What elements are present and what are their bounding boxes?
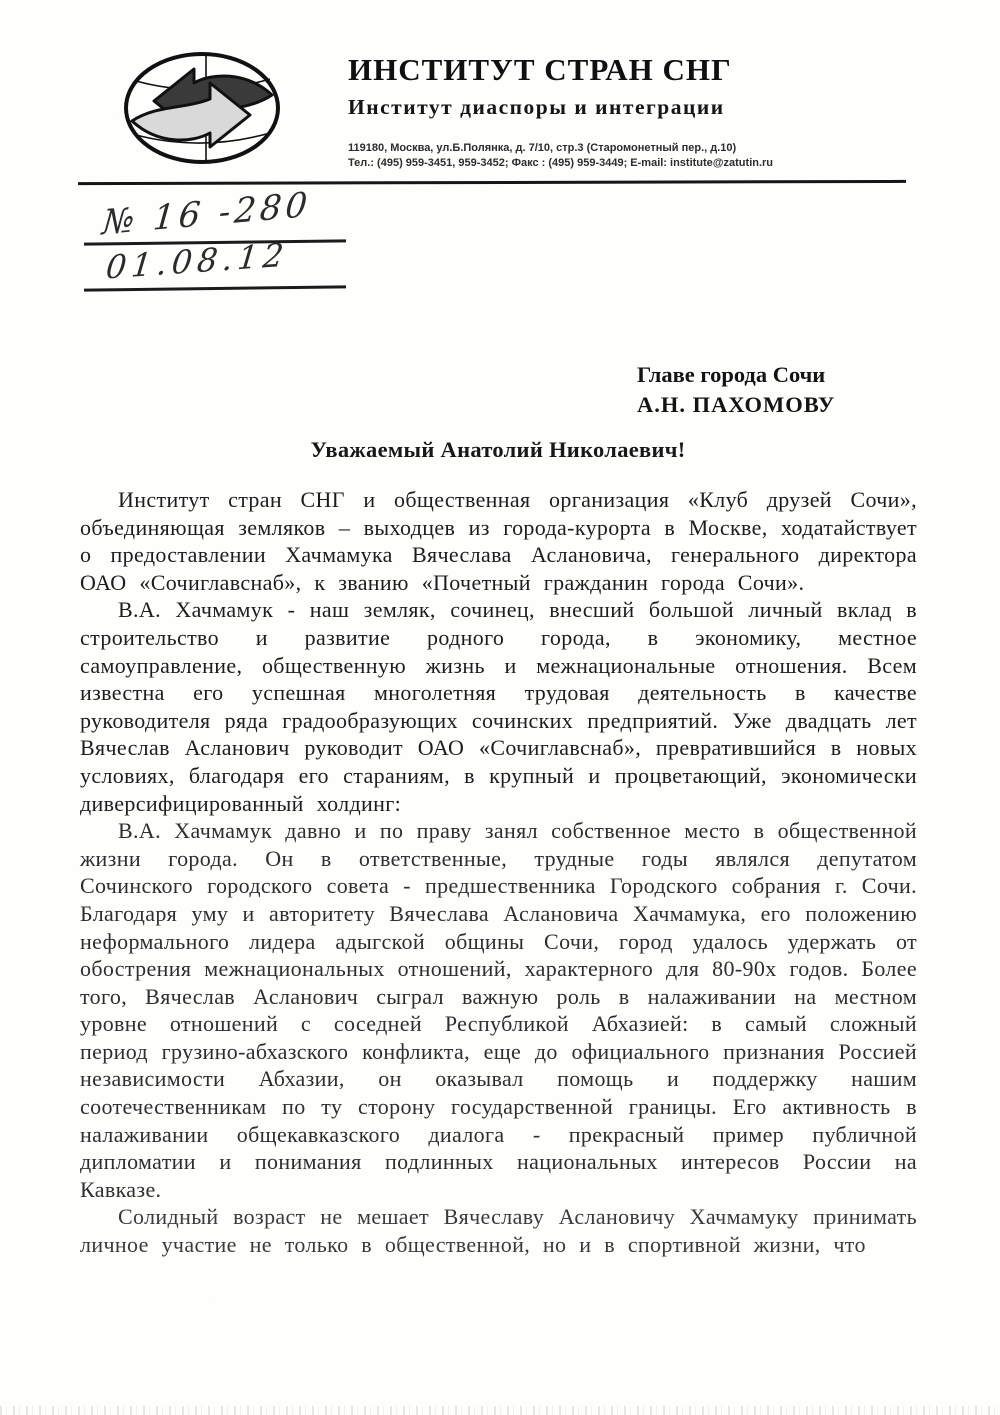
globe-arrows-logo-icon (122, 50, 282, 166)
letter-body: Институт стран СНГ и общественная органи… (80, 486, 917, 1259)
org-subtitle: Институт диаспоры и интеграции (348, 95, 908, 120)
paragraph-3: В.А. Хачмамук давно и по праву занял соб… (80, 817, 917, 1203)
paragraph-1: Институт стран СНГ и общественная органи… (80, 486, 917, 596)
letterhead: ИНСТИТУТ СТРАН СНГ Институт диаспоры и и… (348, 52, 908, 170)
recipient-title: Главе города Сочи (637, 360, 835, 390)
recipient-name: А.Н. ПАХОМОВУ (637, 390, 835, 420)
paragraph-4: Солидный возраст не мешает Вячеславу Асл… (80, 1203, 917, 1258)
org-contacts: 119180, Москва, ул.Б.Полянка, д. 7/10, с… (348, 141, 908, 170)
letterhead-divider (78, 180, 906, 185)
org-address-line: 119180, Москва, ул.Б.Полянка, д. 7/10, с… (348, 141, 908, 156)
recipient-block: Главе города Сочи А.Н. ПАХОМОВУ (637, 360, 835, 420)
org-name: ИНСТИТУТ СТРАН СНГ (348, 52, 908, 88)
doc-date-underline (84, 285, 346, 291)
salutation: Уважаемый Анатолий Николаевич! (80, 437, 916, 463)
handwritten-doc-number: № 16 -280 (101, 185, 313, 244)
org-phone-line: Тел.: (495) 959-3451, 959-3452; Факс : (… (348, 156, 908, 171)
scan-edge-artifact (0, 1406, 1000, 1415)
paragraph-2: В.А. Хачмамук - наш земляк, сочинец, вне… (80, 596, 917, 817)
scanned-letter-page: ИНСТИТУТ СТРАН СНГ Институт диаспоры и и… (0, 0, 1000, 1415)
institute-logo (122, 50, 282, 166)
